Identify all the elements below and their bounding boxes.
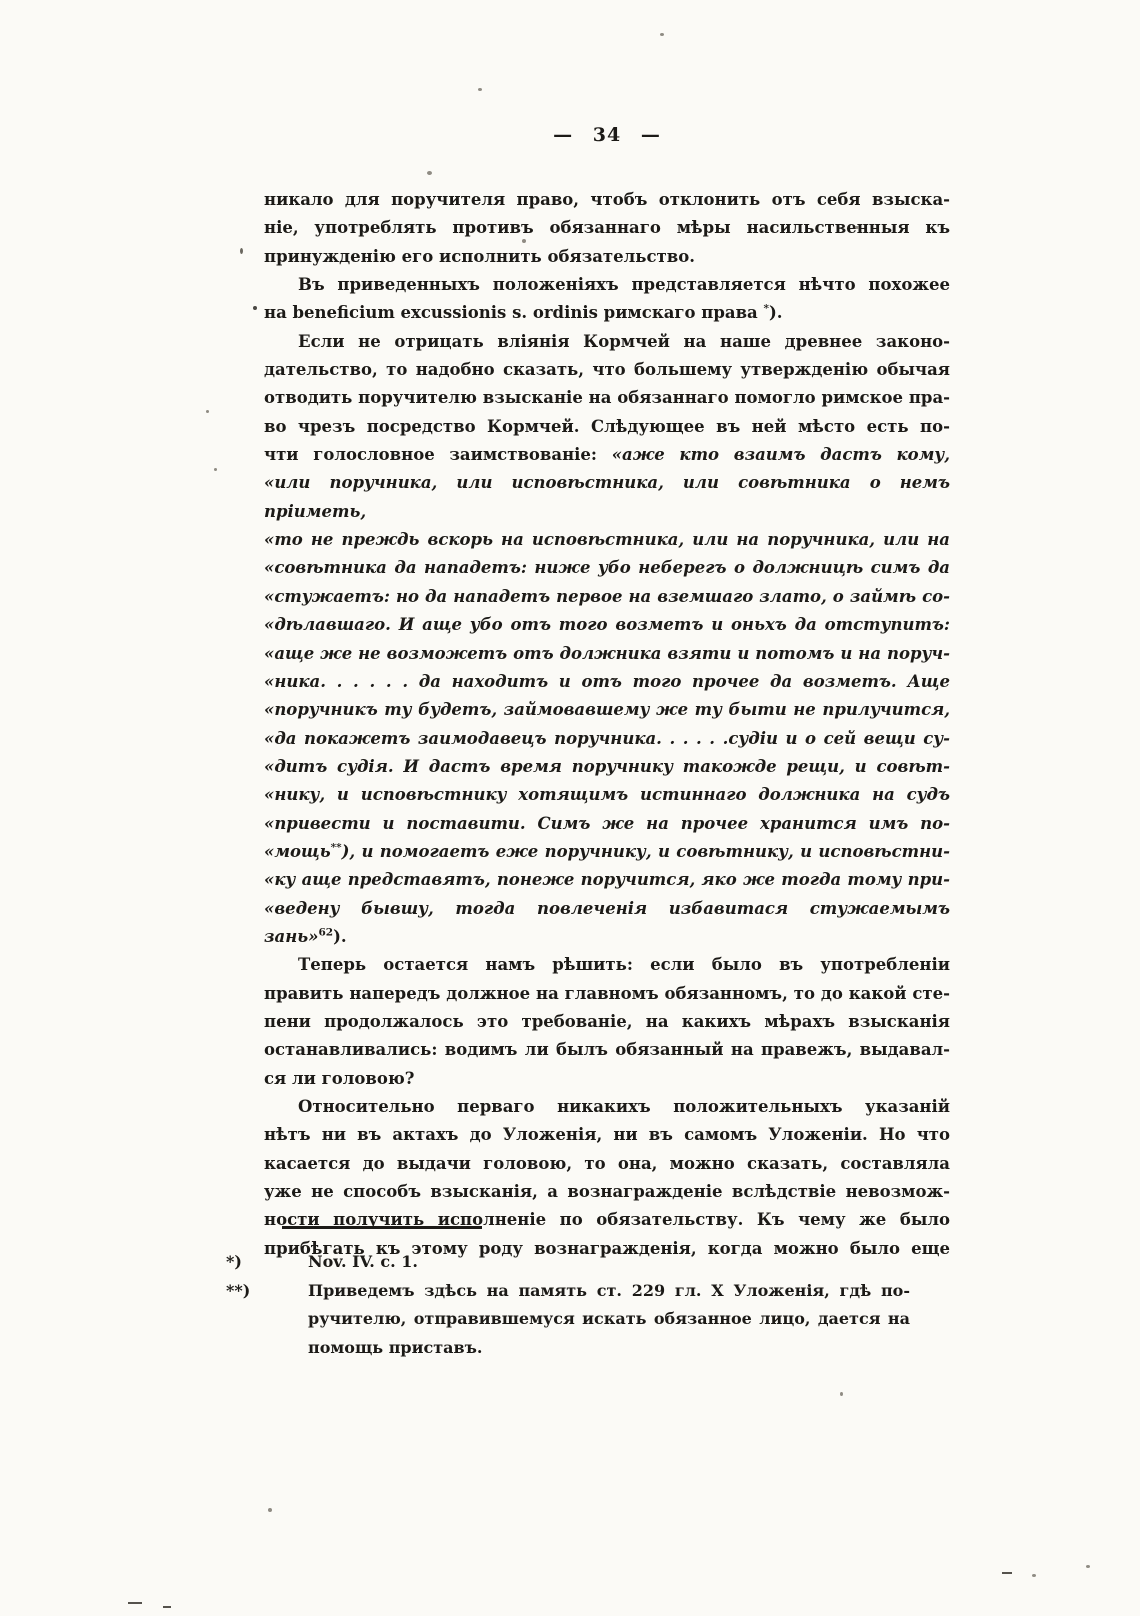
scan-speck	[427, 171, 432, 175]
scan-speck	[214, 468, 217, 471]
scanned-book-page: — 34 — никало для поручителя право, чтоб…	[0, 0, 1140, 1616]
scan-speck	[478, 88, 482, 91]
scan-mark	[163, 1606, 171, 1608]
scan-speck	[253, 306, 257, 310]
text-segment: дательство, то надобно сказать, что боль…	[264, 360, 950, 379]
text-line: «ку аще представятъ, понеже поручится, я…	[264, 866, 950, 894]
text-segment: на beneficium excussionis s. ordinis рим…	[264, 303, 764, 322]
text-segment: останавливались: водимъ ли былъ обязанны…	[264, 1040, 950, 1059]
text-segment: Въ приведенныхъ положеніяхъ представляет…	[298, 275, 950, 294]
text-segment: «ку аще представятъ, понеже поручится, я…	[264, 870, 950, 889]
scan-mark	[1002, 1572, 1012, 1574]
text-segment: «мощь	[264, 842, 331, 861]
text-segment: во чрезъ посредство Кормчей. Слѣдующее в…	[264, 417, 950, 436]
scan-speck	[206, 410, 209, 413]
text-segment: «да покажетъ заимодавецъ поручника. . . …	[264, 729, 950, 748]
text-line: ся ли головою?	[264, 1065, 950, 1093]
text-line: нѣтъ ни въ актахъ до Уложенія, ни въ сам…	[264, 1121, 950, 1149]
text-segment: никало для поручителя право, чтобъ откло…	[264, 190, 950, 209]
text-segment: «поручникъ ту будетъ, займовавшему же ту…	[264, 700, 950, 719]
text-segment: ), и помогаетъ еже поручнику, и совѣтник…	[342, 842, 950, 861]
text-segment: ніе, употреблять противъ обязаннаго мѣры…	[264, 218, 950, 237]
text-segment: отводить поручителю взысканіе на обязанн…	[264, 388, 950, 407]
text-line: ніе, употреблять противъ обязаннаго мѣры…	[264, 214, 950, 242]
scan-speck	[660, 33, 664, 36]
text-segment: «ника. . . . . . да находитъ и отъ того …	[264, 672, 950, 691]
text-line: «аще же не возможетъ отъ должника взяти …	[264, 640, 950, 668]
text-segment: Теперь остается намъ рѣшить: если было в…	[298, 955, 950, 974]
text-line: «дѣлавшаго. И аще убо отъ того возметъ и…	[264, 611, 950, 639]
footnote-separator	[282, 1226, 482, 1229]
text-segment: «или поручника, или исповѣстника, или со…	[264, 473, 950, 520]
text-segment: ся ли головою?	[264, 1069, 414, 1088]
text-segment: «дѣлавшаго. И аще убо отъ того возметъ и…	[264, 615, 950, 634]
text-segment: «привести и поставити. Симъ же на прочее…	[264, 814, 950, 833]
text-line: **)Приведемъ здѣсь на память ст. 229 гл.…	[308, 1277, 910, 1306]
text-segment: уже не способъ взысканія, а вознагражден…	[264, 1182, 950, 1201]
text-segment: «совѣтника да нападетъ: ниже убо неберег…	[264, 558, 950, 577]
text-line: чти голословное заимствованіе: «аже кто …	[264, 441, 950, 469]
scan-speck	[1032, 1574, 1036, 1577]
text-segment: *)	[267, 1248, 301, 1277]
text-segment: чти голословное заимствованіе:	[264, 445, 612, 464]
text-line: ручителю, отправившемуся искать обязанно…	[308, 1305, 910, 1334]
text-segment: Если не отрицать вліянія Кормчей на наше…	[298, 332, 950, 351]
text-line: отводить поручителю взысканіе на обязанн…	[264, 384, 950, 412]
text-line: Въ приведенныхъ положеніяхъ представляет…	[264, 271, 950, 299]
text-segment: «то не преждь вскорь на исповѣстника, ил…	[264, 530, 950, 549]
text-line: ности получить исполненіе по обязательст…	[264, 1206, 950, 1234]
text-line: «дитъ судія. И дастъ время поручнику так…	[264, 753, 950, 781]
scan-speck	[240, 248, 243, 254]
text-segment: ручителю, отправившемуся искать обязанно…	[308, 1309, 910, 1328]
page-number: — 34 —	[264, 124, 950, 146]
scan-mark	[128, 1602, 142, 1604]
text-line: «стужаетъ: но да нападетъ первое на взем…	[264, 583, 950, 611]
text-segment: ).	[333, 927, 347, 946]
text-segment: Приведемъ здѣсь на память ст. 229 гл. X …	[308, 1281, 910, 1300]
body-text: никало для поручителя право, чтобъ откло…	[264, 186, 950, 1263]
text-segment: нѣтъ ни въ актахъ до Уложенія, ни въ сам…	[264, 1125, 950, 1144]
text-segment: ).	[769, 303, 783, 322]
text-line: «мощь**), и помогаетъ еже поручнику, и с…	[264, 838, 950, 866]
text-line: останавливались: водимъ ли былъ обязанны…	[264, 1036, 950, 1064]
text-segment: принужденію его исполнить обязательство.	[264, 247, 695, 266]
text-segment: «стужаетъ: но да нападетъ первое на взем…	[264, 587, 950, 606]
footnote-marker: 62	[318, 926, 333, 938]
text-segment: править напередъ должное на главномъ обя…	[264, 984, 950, 1003]
text-line: Если не отрицать вліянія Кормчей на наше…	[264, 328, 950, 356]
text-line: никало для поручителя право, чтобъ откло…	[264, 186, 950, 214]
text-line: уже не способъ взысканія, а вознагражден…	[264, 1178, 950, 1206]
text-segment: пени продолжалось это требованіе, на как…	[264, 1012, 950, 1031]
text-line: «совѣтника да нападетъ: ниже убо неберег…	[264, 554, 950, 582]
text-segment: Nov. IV. c. 1.	[308, 1252, 418, 1271]
text-line: пени продолжалось это требованіе, на как…	[264, 1008, 950, 1036]
text-segment: помощь приставъ.	[308, 1338, 482, 1357]
text-segment: **)	[267, 1277, 301, 1306]
scan-speck	[855, 226, 859, 229]
scan-speck	[1086, 1565, 1090, 1568]
text-line: *)Nov. IV. c. 1.	[308, 1248, 910, 1277]
text-line: «нику, и исповѣстнику хотящимъ истиннаго…	[264, 781, 950, 809]
text-segment: «дитъ судія. И дастъ время поручнику так…	[264, 757, 950, 776]
text-line: «ведену бывшу, тогда повлеченія избавита…	[264, 895, 950, 952]
text-segment: Относительно перваго никакихъ положитель…	[298, 1097, 950, 1116]
text-line: помощь приставъ.	[308, 1334, 910, 1363]
scan-speck	[840, 1392, 843, 1396]
text-line: «привести и поставити. Симъ же на прочее…	[264, 810, 950, 838]
text-line: править напередъ должное на главномъ обя…	[264, 980, 950, 1008]
text-segment: «аще же не возможетъ отъ должника взяти …	[264, 644, 950, 663]
footnotes: *)Nov. IV. c. 1.**)Приведемъ здѣсь на па…	[264, 1248, 910, 1362]
text-segment: касается до выдачи головою, то она, можн…	[264, 1154, 950, 1173]
text-line: Относительно перваго никакихъ положитель…	[264, 1093, 950, 1121]
scan-speck	[268, 1508, 272, 1512]
text-segment: «ведену бывшу, тогда повлеченія избавита…	[264, 899, 950, 946]
text-line: «да покажетъ заимодавецъ поручника. . . …	[264, 725, 950, 753]
text-line: «то не преждь вскорь на исповѣстника, ил…	[264, 526, 950, 554]
text-segment: «нику, и исповѣстнику хотящимъ истиннаго…	[264, 785, 950, 804]
footnote-marker: **	[331, 841, 342, 853]
text-line: во чрезъ посредство Кормчей. Слѣдующее в…	[264, 413, 950, 441]
scan-speck	[522, 239, 526, 243]
text-line: дательство, то надобно сказать, что боль…	[264, 356, 950, 384]
text-line: «ника. . . . . . да находитъ и отъ того …	[264, 668, 950, 696]
text-segment: «аже кто взаимъ дастъ кому,	[612, 445, 950, 464]
text-line: Теперь остается намъ рѣшить: если было в…	[264, 951, 950, 979]
text-line: «или поручника, или исповѣстника, или со…	[264, 469, 950, 526]
text-line: «поручникъ ту будетъ, займовавшему же ту…	[264, 696, 950, 724]
text-line: на beneficium excussionis s. ordinis рим…	[264, 299, 950, 327]
text-line: принужденію его исполнить обязательство.	[264, 243, 950, 271]
text-line: касается до выдачи головою, то она, можн…	[264, 1150, 950, 1178]
